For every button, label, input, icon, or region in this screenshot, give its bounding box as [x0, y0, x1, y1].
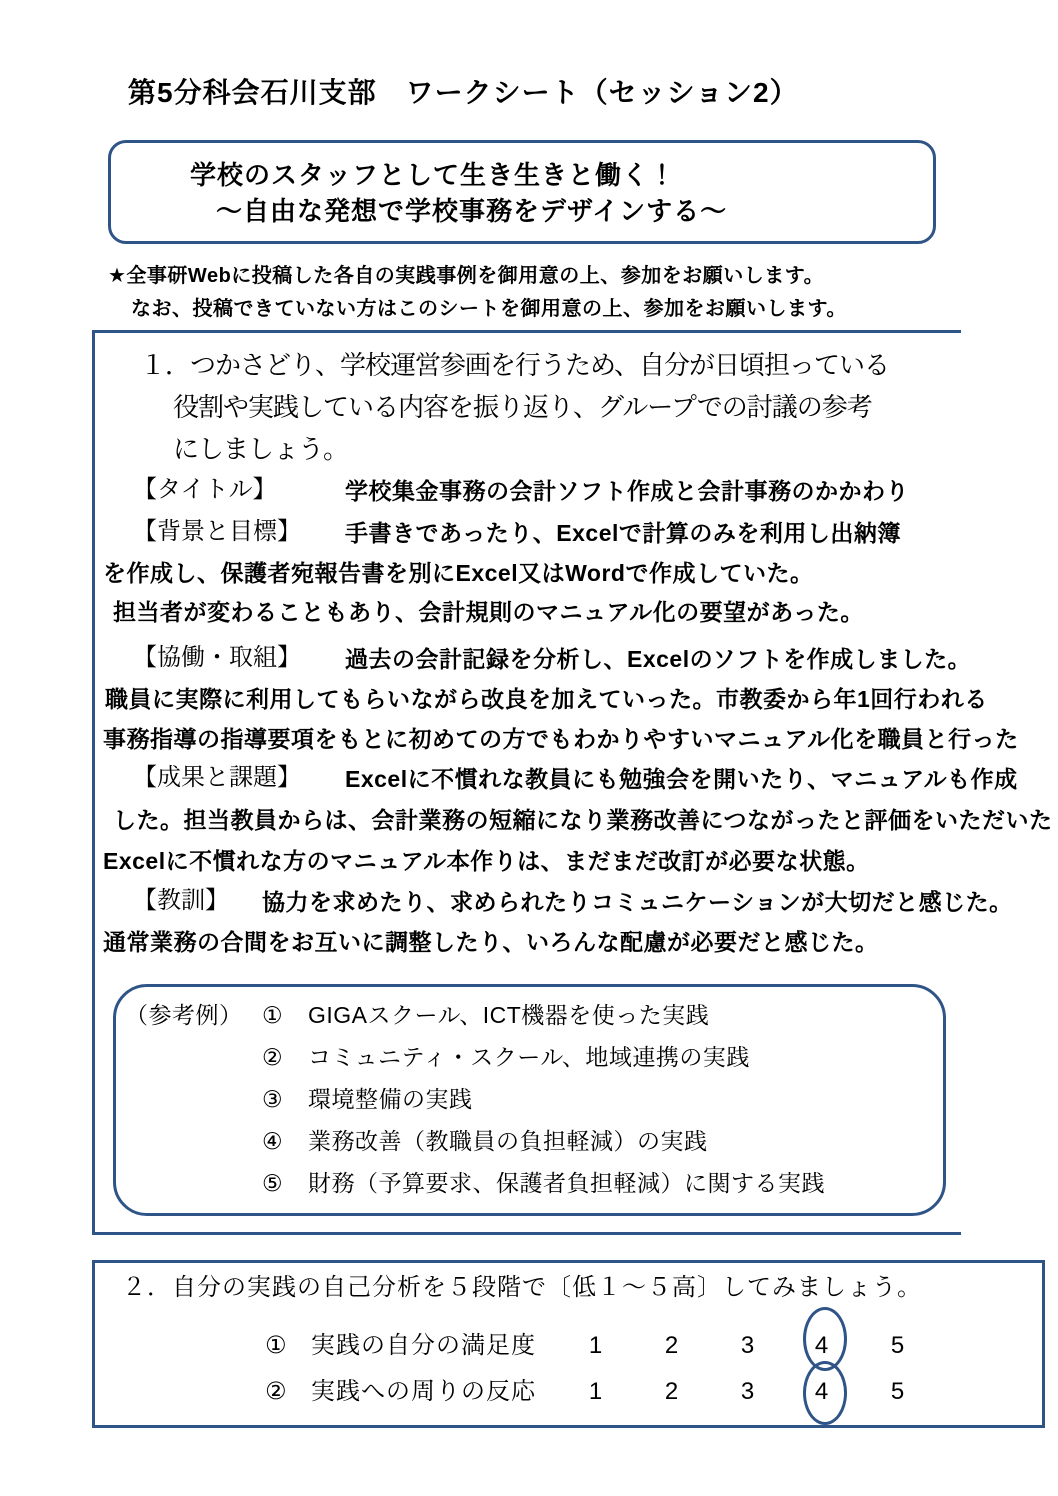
entry-text: 学校集金事務の会計ソフト作成と会計事務のかかわり	[345, 478, 909, 506]
examples-label: （参考例）	[125, 1002, 243, 1030]
example-item-num: ②	[262, 1044, 283, 1072]
example-item-text: 業務改善（教職員の負担軽減）の実践	[308, 1128, 708, 1156]
entry-label-lesson: 【教訓】	[133, 887, 229, 916]
entry-label-title: 【タイトル】	[133, 476, 277, 505]
rating-option: 3	[734, 1332, 762, 1361]
rating-option: 2	[658, 1332, 686, 1361]
entry-text: Excelに不慣れな方のマニュアル本作りは、まだまだ改訂が必要な状態。	[103, 848, 870, 876]
example-item-num: ③	[262, 1086, 283, 1114]
entry-text: 事務指導の指導要項をもとに初めての方でもわかりやすいマニュアル化を職員と行った	[103, 726, 1019, 754]
section1-prompt-line: 役割や実践している内容を振り返り、グループでの討議の参考	[173, 392, 872, 423]
example-item-text: 環境整備の実践	[308, 1086, 473, 1114]
example-item-num: ⑤	[262, 1170, 283, 1198]
entry-text: 過去の会計記録を分析し、Excelのソフトを作成しました。	[345, 646, 971, 674]
theme-box	[108, 140, 936, 244]
rating-option: 1	[582, 1378, 610, 1407]
rating-row-label: 実践の自分の満足度	[311, 1332, 536, 1361]
selected-rating-circle	[803, 1361, 847, 1425]
example-item-text: GIGAスクール、ICT機器を使った実践	[308, 1002, 709, 1030]
entry-text: した。担当教員からは、会計業務の短縮になり業務改善につながったと評価をいただいた	[113, 807, 1053, 835]
theme-line-1: 学校のスタッフとして生き生きと働く！	[190, 160, 676, 191]
worksheet-page: 第5分科会石川支部 ワークシート（セッション2） 学校のスタッフとして生き生きと…	[0, 0, 1058, 1496]
section2-heading: ２．自分の実践の自己分析を５段階で〔低１～５高〕してみましょう。	[122, 1274, 922, 1303]
entry-text: 担当者が変わることもあり、会計規則のマニュアル化の要望があった。	[113, 599, 864, 627]
notice-line-2: なお、投稿できていない方はこのシートを御用意の上、参加をお願いします。	[131, 297, 847, 321]
rating-option: 5	[884, 1332, 912, 1361]
theme-line-2: ～自由な発想で学校事務をデザインする～	[216, 196, 727, 227]
notice-line-1: ★全事研Webに投稿した各自の実践事例を御用意の上、参加をお願いします。	[108, 264, 824, 288]
entry-label-collaboration: 【協働・取組】	[133, 644, 301, 673]
rating-option: 3	[734, 1378, 762, 1407]
entry-text: を作成し、保護者宛報告書を別にExcel又はWordで作成していた。	[103, 560, 813, 588]
section1-prompt-line: にしましょう。	[173, 434, 348, 465]
entry-text: Excelに不慣れな教員にも勉強会を開いたり、マニュアルも作成	[345, 766, 1018, 794]
entry-text: 通常業務の合間をお互いに調整したり、いろんな配慮が必要だと感じた。	[103, 929, 879, 957]
page-title: 第5分科会石川支部 ワークシート（セッション2）	[128, 76, 799, 110]
rating-row-num: ①	[265, 1332, 288, 1361]
example-item-num: ①	[262, 1002, 283, 1030]
entry-text: 協力を求めたり、求められたりコミュニケーションが大切だと感じた。	[262, 889, 1013, 917]
section1-prompt-line: １．つかさどり、学校運営参画を行うため、自分が日頃担っている	[140, 350, 889, 381]
example-item-text: 財務（予算要求、保護者負担軽減）に関する実践	[308, 1170, 825, 1198]
entry-label-background: 【背景と目標】	[133, 518, 301, 547]
example-item-num: ④	[262, 1128, 283, 1156]
example-item-text: コミュニティ・スクール、地域連携の実践	[308, 1044, 750, 1072]
entry-label-results: 【成果と課題】	[133, 764, 301, 793]
rating-option: 5	[884, 1378, 912, 1407]
rating-option: 2	[658, 1378, 686, 1407]
rating-row-label: 実践への周りの反応	[311, 1378, 536, 1407]
entry-text: 職員に実際に利用してもらいながら改良を加えていった。市教委から年1回行われる	[105, 686, 988, 714]
rating-option: 1	[582, 1332, 610, 1361]
rating-row-num: ②	[265, 1378, 288, 1407]
entry-text: 手書きであったり、Excelで計算のみを利用し出納簿	[345, 520, 901, 548]
